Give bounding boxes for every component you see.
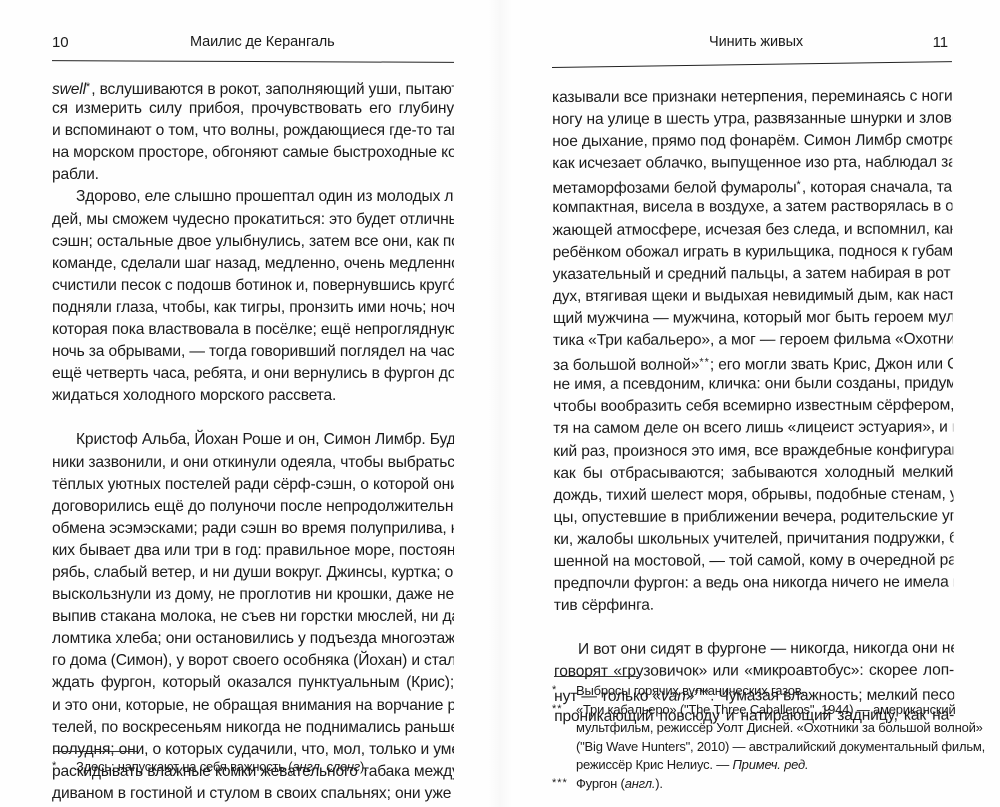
text-line: ребёнком обожал играть в курильщика, под… bbox=[553, 240, 953, 263]
text-line: дождь, тихий шелест моря, обрывы, подобн… bbox=[553, 483, 953, 506]
text-line: ся измерить силу прибоя, прочувствовать … bbox=[52, 98, 454, 120]
text-line: рабли. bbox=[52, 164, 454, 186]
line-text: ; его могли звать Крис, Джон или Скай, bbox=[710, 356, 953, 374]
footnote-marker: ** bbox=[699, 357, 710, 369]
text-line: ники зазвонили, и они откинули одеяла, ч… bbox=[52, 452, 454, 474]
footnote-rule bbox=[54, 751, 138, 752]
footnote-marker: * bbox=[52, 757, 57, 776]
text-line: договорились ещё до полуночи после непро… bbox=[52, 496, 454, 518]
line-text: , которая сначала, такая bbox=[802, 179, 953, 197]
footnote-text: мультфильм, режиссёр Уолт Дисней. «Охотн… bbox=[576, 719, 952, 738]
text-line: говорят «грузовичок» или «микроавтобус»:… bbox=[554, 660, 954, 683]
left-running-head: 10 Маилис де Керангаль bbox=[52, 34, 454, 54]
text-line: телей, по воскресеньям никогда не подним… bbox=[52, 717, 454, 739]
text-line: подняли глаза, чтобы, как тигры, пронзит… bbox=[52, 297, 454, 319]
page-number: 10 bbox=[52, 34, 69, 51]
book-gutter bbox=[488, 0, 512, 807]
running-title-book: Чинить живых bbox=[709, 34, 803, 50]
text-line: метаморфозами белой фумаролы*, которая с… bbox=[552, 174, 952, 197]
footnote-text-part: ). bbox=[360, 759, 368, 774]
footnote-text-part: Фургон ( bbox=[576, 776, 625, 791]
text-line: и это они, которые, не обращая внимания … bbox=[52, 695, 454, 717]
footnote-marker: ** bbox=[552, 700, 563, 719]
left-footnotes: * Здесь: напускают на себя важность (анг… bbox=[52, 758, 454, 777]
footnote-text: Здесь: напускают на себя важность (англ.… bbox=[76, 758, 454, 777]
text-line: дух, втягивая щеки и выдыхая невидимый д… bbox=[553, 284, 953, 307]
line-text: за большой волной» bbox=[553, 357, 699, 375]
text-line: ждать фургон, который оказался пунктуаль… bbox=[52, 672, 454, 694]
page-number: 11 bbox=[933, 34, 948, 51]
text-line: кий раз, произнося это имя, все враждебн… bbox=[553, 439, 953, 462]
right-running-head: Чинить живых 11 bbox=[552, 34, 952, 54]
text-line: ломтика хлеба; они остановились у подъез… bbox=[52, 628, 454, 650]
running-title-author: Маилис де Керангаль bbox=[190, 34, 335, 50]
text-line: го дома (Симон), у ворот своего особняка… bbox=[52, 650, 454, 672]
footnote-text-part: режиссёр Крис Нелиус. — bbox=[576, 757, 732, 772]
text-line: ещё четверть часа, ребята, и они вернули… bbox=[52, 363, 454, 385]
section-break bbox=[52, 407, 454, 429]
footnote-text: Выбросы горячих вулканических газов. bbox=[576, 682, 952, 701]
text-line: команде, сделали шаг назад, медленно, оч… bbox=[52, 253, 454, 275]
text-line: жидаться холодного морского рассвета. bbox=[52, 385, 454, 407]
footnote-italic: англ. сленг bbox=[292, 759, 360, 774]
text-line: которая пока властвовала в посёлке; ещё … bbox=[52, 319, 454, 341]
footnote-text: Фургон (англ.). bbox=[576, 775, 952, 794]
left-body-text: swell*, вслушиваются в рокот, заполняющи… bbox=[52, 76, 454, 805]
right-footnotes: * Выбросы горячих вулканических газов. *… bbox=[552, 682, 952, 793]
text-line: ночь за обрывами, — тогда говоривший пог… bbox=[52, 341, 454, 363]
text-line: щий мужчина — мужчина, который мог быть … bbox=[553, 307, 953, 330]
footnote-text-part: ). bbox=[655, 776, 663, 791]
footnote-marker: *** bbox=[552, 774, 568, 793]
footnote-text: «Три кабальеро» ("The Three Caballeros",… bbox=[576, 701, 952, 720]
text-line: цы, опустевшие в приближении вечера, род… bbox=[553, 505, 953, 528]
text-line: и вспоминают о том, что волны, рождающие… bbox=[52, 120, 454, 142]
text-line: на морском просторе, обгоняют самые быст… bbox=[52, 142, 454, 164]
text-line: ное дыхание, прямо под фонарём. Симон Ли… bbox=[552, 130, 952, 153]
text-line: жающей атмосфере, исчезая без следа, и в… bbox=[552, 218, 952, 241]
text-line: диваном в гостиной и стулом в своих спал… bbox=[52, 783, 454, 805]
footnote-rule bbox=[554, 676, 638, 677]
right-body-text: казывали все признаки нетерпения, переми… bbox=[552, 86, 954, 728]
footnote-marker: * bbox=[552, 681, 557, 700]
text-line: выскользнули из дому, не проглотив ни кр… bbox=[52, 584, 454, 606]
footnote: ** «Три кабальеро» ("The Three Caballero… bbox=[552, 701, 952, 775]
text-line: выпив стакана молока, не съев ни горстки… bbox=[52, 606, 454, 628]
text-line: ногу на улице в шесть утра, развязанные … bbox=[552, 108, 952, 131]
header-rule bbox=[552, 61, 952, 68]
right-page: Чинить живых 11 казывали все признаки не… bbox=[552, 0, 952, 807]
footnote-italic: англ. bbox=[625, 776, 656, 791]
text-line: тёплых уютных постелей ради сёрф-сэшн, о… bbox=[52, 474, 454, 496]
text-line: предпочли фургон: а ведь она никогда нич… bbox=[554, 572, 954, 595]
text-line: рябь, слабый ветер, и ни души вокруг. Дж… bbox=[52, 562, 454, 584]
book-spread: 10 Маилис де Керангаль swell*, вслушиваю… bbox=[0, 0, 1000, 807]
text-line: дей, мы сможем чудесно прокатиться: это … bbox=[52, 209, 454, 231]
text-line: как бы отбрасываются; забываются холодны… bbox=[553, 461, 953, 484]
editor-note: Примеч. ред. bbox=[732, 757, 808, 772]
footnote-text: режиссёр Крис Нелиус. — Примеч. ред. bbox=[576, 756, 952, 775]
text-line: счистили песок с подошв ботинок и, повер… bbox=[52, 275, 454, 297]
footnote-text-part: Здесь: напускают на себя важность ( bbox=[76, 759, 292, 774]
text-line: указательный и средний пальцы, а затем н… bbox=[553, 262, 953, 285]
footnote: * Здесь: напускают на себя важность (анг… bbox=[52, 758, 454, 777]
text-line: шенной на мостовой, — той самой, кому в … bbox=[554, 550, 954, 573]
footnote: * Выбросы горячих вулканических газов. bbox=[552, 682, 952, 701]
left-page: 10 Маилис де Керангаль swell*, вслушиваю… bbox=[52, 0, 454, 807]
text-line: компактная, висела в воздухе, а затем ра… bbox=[552, 196, 952, 219]
text-line: как исчезает облачко, выпущенное изо рта… bbox=[552, 152, 952, 175]
header-rule bbox=[52, 60, 454, 63]
footnote-text: ("Big Wave Hunters", 2010) — австралийск… bbox=[576, 738, 952, 757]
text-line: обмена эсэмэсками; ради сэшн во время по… bbox=[52, 518, 454, 540]
line-text: , вслушиваются в рокот, заполняющий уши,… bbox=[91, 81, 454, 98]
text-line: не имя, а псевдоним, кличка: они были со… bbox=[553, 373, 953, 396]
italic-word: swell bbox=[52, 81, 86, 98]
text-line: тив сёрфинга. bbox=[554, 594, 954, 617]
text-line: Здорово, еле слышно прошептал один из мо… bbox=[52, 186, 454, 208]
text-line: ких бывает два или три в год: правильное… bbox=[52, 540, 454, 562]
text-line: swell*, вслушиваются в рокот, заполняющи… bbox=[52, 76, 454, 98]
text-line: ки, жалобы школьных учителей, причитания… bbox=[554, 527, 954, 550]
text-line: казывали все признаки нетерпения, переми… bbox=[552, 86, 952, 109]
text-line: за большой волной»**; его могли звать Кр… bbox=[553, 351, 953, 374]
text-line: тика «Три кабальеро», а мог — героем фил… bbox=[553, 329, 953, 352]
text-line: чтобы вообразить себя всемирно известным… bbox=[553, 395, 953, 418]
text-line: тя на самом деле он всего лишь «лицеист … bbox=[553, 417, 953, 440]
footnote: *** Фургон (англ.). bbox=[552, 775, 952, 794]
line-text: метаморфозами белой фумаролы bbox=[552, 180, 796, 198]
section-break bbox=[554, 616, 954, 639]
text-line: И вот они сидят в фургоне — никогда, ник… bbox=[554, 638, 954, 661]
text-line: Кристоф Альба, Йохан Роше и он, Симон Ли… bbox=[52, 429, 454, 451]
text-line: сэшн; остальные двое улыбнулись, затем в… bbox=[52, 231, 454, 253]
